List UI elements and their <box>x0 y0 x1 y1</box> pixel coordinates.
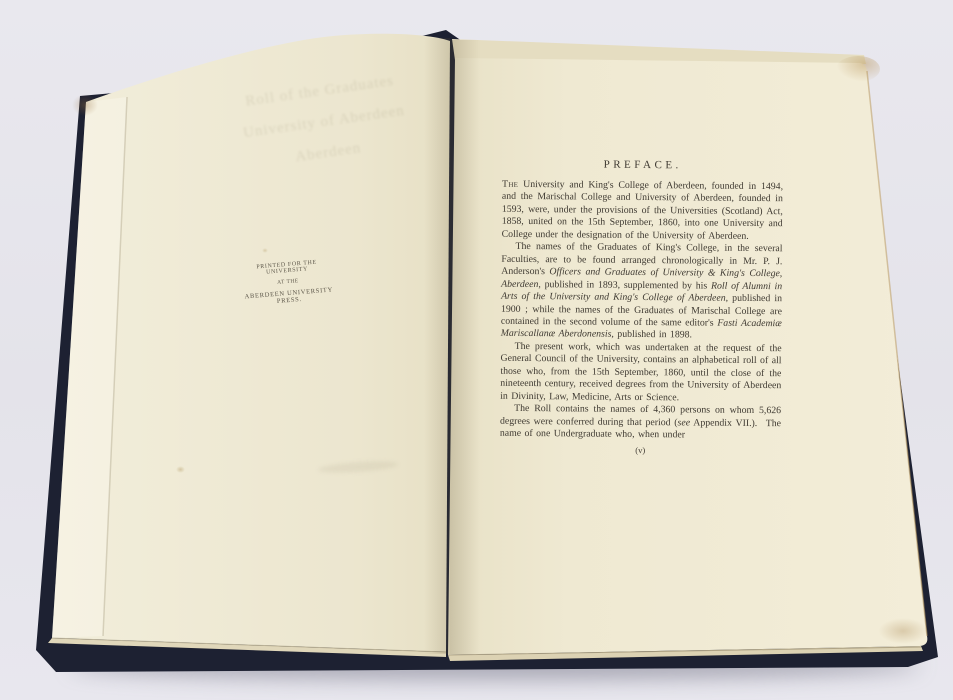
page-corner-aging-top-right <box>836 56 880 82</box>
book-photograph-scene: Roll of the Graduates University of Aber… <box>0 0 953 700</box>
preface-paragraph-4: The Roll contains the names of 4,360 per… <box>500 403 781 443</box>
page-corner-aging-bottom-right <box>878 618 928 644</box>
open-book-illustration <box>0 0 953 700</box>
foxing-spot <box>262 248 268 253</box>
preface-paragraph-2: The names of the Graduates of King's Col… <box>501 241 783 343</box>
preface-paragraph-1: The University and King's College of Abe… <box>502 179 784 244</box>
preface-paragraph-3: The present work, which was undertaken a… <box>500 341 782 406</box>
preface-text-block: PREFACE. The University and King's Colle… <box>500 158 784 456</box>
foxing-spot <box>176 466 185 473</box>
page-corner-aging-top-left <box>72 94 98 116</box>
printer-imprint: PRINTED FOR THE UNIVERSITY AT THE ABERDE… <box>235 258 342 308</box>
preface-heading: PREFACE. <box>502 158 783 172</box>
